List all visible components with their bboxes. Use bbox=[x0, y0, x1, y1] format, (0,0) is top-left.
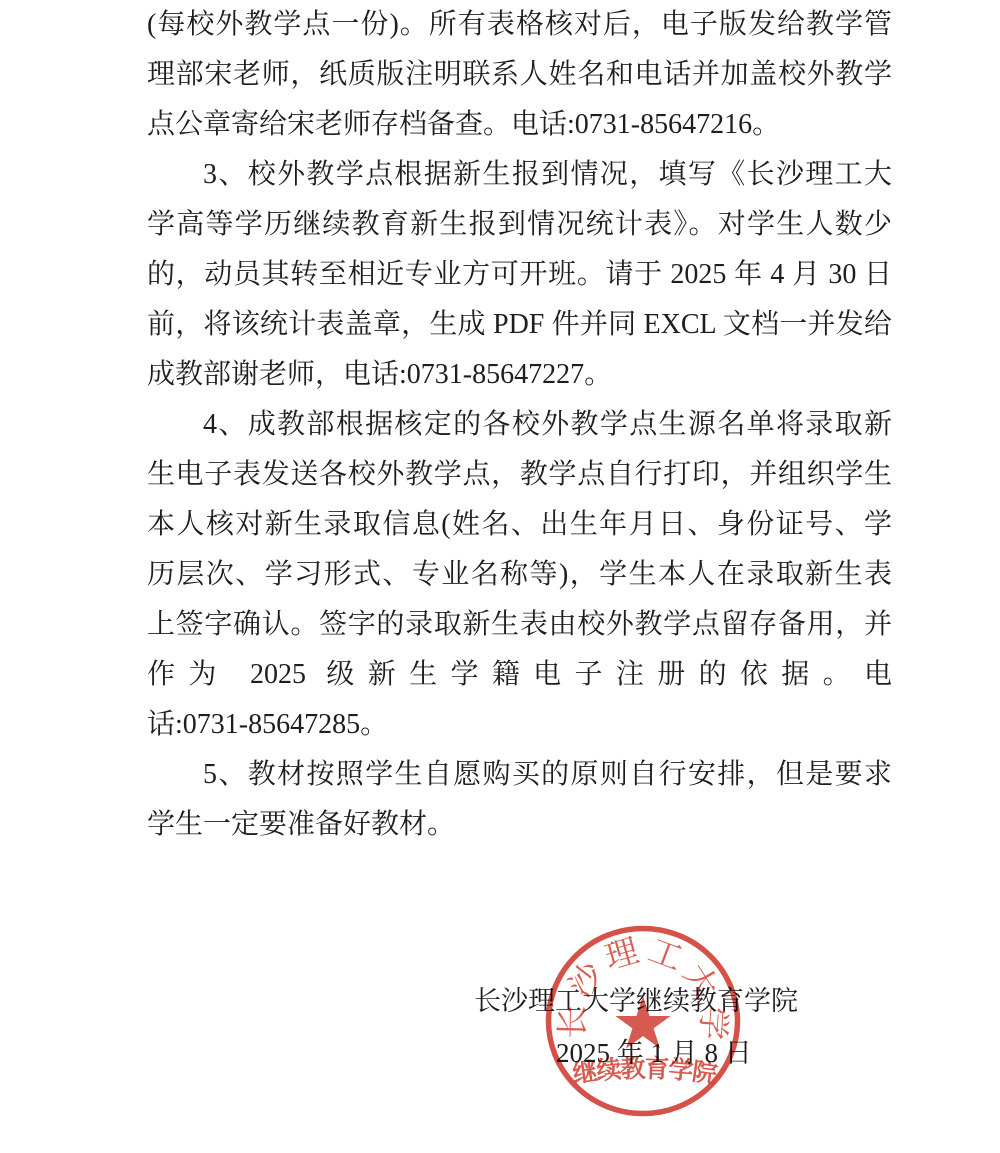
document-line: 理部宋老师，纸质版注明联系人姓名和电话并加盖校外教学 bbox=[147, 50, 892, 100]
document-line: (每校外教学点一份)。所有表格核对后，电子版发给教学管 bbox=[147, 0, 892, 50]
document-line: 作为 2025 级新生学籍电子注册的依据。电 bbox=[147, 650, 892, 700]
document-line: 成教部谢老师，电话:0731-85647227。 bbox=[147, 350, 892, 400]
document-line: 学高等学历继续教育新生报到情况统计表》。对学生人数少 bbox=[147, 200, 892, 250]
document-line: 的，动员其转至相近专业方可开班。请于 2025 年 4 月 30 日 bbox=[147, 250, 892, 300]
seal-bottom-title: 继续教育学院 bbox=[571, 1054, 719, 1089]
document-line: 4、成教部根据核定的各校外教学点生源名单将录取新 bbox=[147, 400, 892, 450]
document-line: 前，将该统计表盖章，生成 PDF 件并同 EXCL 文档一并发给 bbox=[147, 300, 892, 350]
seal-star-icon bbox=[615, 996, 670, 1049]
document-line: 上签字确认。签字的录取新生表由校外教学点留存备用，并 bbox=[147, 600, 892, 650]
document-line: 话:0731-85647285。 bbox=[147, 700, 892, 750]
document-line: 本人核对新生录取信息(姓名、出生年月日、身份证号、学 bbox=[147, 500, 892, 550]
document-line: 历层次、学习形式、专业名称等)，学生本人在录取新生表 bbox=[147, 550, 892, 600]
document-line: 生电子表发送各校外教学点，教学点自行打印，并组织学生 bbox=[147, 450, 892, 500]
official-seal-stamp: 长沙理工大学 继续教育学院 bbox=[545, 925, 745, 1120]
document-line: 学生一定要准备好教材。 bbox=[147, 800, 892, 850]
document-line: 5、教材按照学生自愿购买的原则自行安排，但是要求 bbox=[147, 750, 892, 800]
document-line: 3、校外教学点根据新生报到情况，填写《长沙理工大 bbox=[147, 150, 892, 200]
document-body: (每校外教学点一份)。所有表格核对后，电子版发给教学管 理部宋老师，纸质版注明联… bbox=[147, 0, 892, 850]
document-page: (每校外教学点一份)。所有表格核对后，电子版发给教学管 理部宋老师，纸质版注明联… bbox=[0, 0, 1000, 1153]
document-line: 点公章寄给宋老师存档备查。电话:0731-85647216。 bbox=[147, 100, 892, 150]
